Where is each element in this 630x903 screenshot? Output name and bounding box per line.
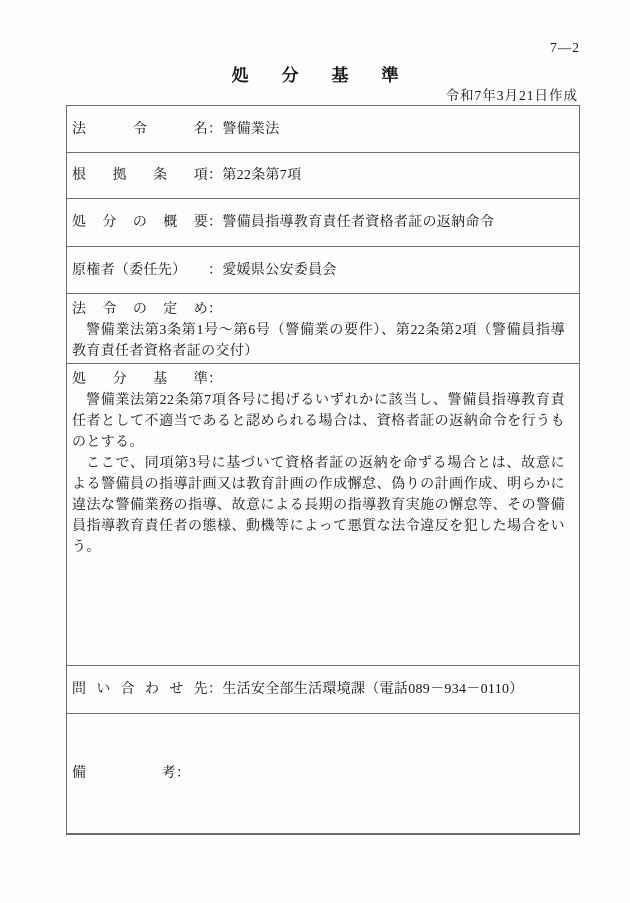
- table-row-legal-basis: 根拠条項：第22条第7項: [67, 153, 579, 199]
- row-heading: 処分基準：: [72, 369, 565, 390]
- label-colon: ：: [208, 119, 222, 140]
- document-page: 7—2 処分基準 令和7年3月21日作成 法令名：警備業法 根拠条項：第22条第…: [0, 0, 630, 903]
- table-row-contact: 問い合わせ先：生活安全部生活環境課（電話089－934－0110）: [67, 666, 579, 714]
- table-row-disposition-criteria: 処分基準： 警備業法第22条第7項各号に掲げるいずれかに該当し、警備員指導教育責…: [67, 364, 579, 666]
- row-paragraph: 警備業法第22条第7項各号に掲げるいずれかに該当し、警備員指導教育責任者として不…: [72, 390, 565, 453]
- page-title: 処分基準: [0, 61, 630, 86]
- row-label: 根拠条項: [72, 165, 208, 186]
- row-label: 問い合わせ先: [72, 679, 208, 700]
- row-label: 備考: [72, 763, 176, 784]
- table-row-authority: 原権者（委任先）：愛媛県公安委員会: [67, 247, 579, 294]
- row-value: 第22条第7項: [222, 165, 301, 186]
- label-colon: ：: [208, 165, 222, 186]
- row-label: 法令の定め: [72, 299, 208, 320]
- table-row-law-name: 法令名：警備業法: [67, 106, 579, 153]
- table-row-remarks: 備考：: [67, 714, 579, 833]
- table-row-disposition-summary: 処分の概要：警備員指導教育責任者資格者証の返納命令: [67, 199, 579, 247]
- row-label: 処分基準: [72, 369, 208, 390]
- row-value: 生活安全部生活環境課（電話089－934－0110）: [222, 679, 523, 700]
- row-label: 原権者（委任先）: [72, 260, 208, 281]
- row-value: 警備員指導教育責任者資格者証の返納命令: [222, 212, 494, 233]
- row-heading: 法令の定め：: [72, 299, 565, 320]
- page-number: 7—2: [550, 40, 580, 56]
- disposition-table: 法令名：警備業法 根拠条項：第22条第7項 処分の概要：警備員指導教育責任者資格…: [66, 105, 580, 835]
- table-row-legal-provisions: 法令の定め： 警備業法第3条第1号～第6号（警備業の要件）、第22条第2項（警備…: [67, 294, 579, 364]
- label-colon: ：: [208, 212, 222, 233]
- label-colon: ：: [208, 372, 222, 387]
- label-colon: ：: [208, 260, 222, 281]
- label-colon: ：: [176, 763, 190, 784]
- row-value: 警備業法: [222, 119, 279, 140]
- label-colon: ：: [208, 302, 222, 317]
- row-label: 法令名: [72, 119, 208, 140]
- row-label: 処分の概要: [72, 212, 208, 233]
- created-date: 令和7年3月21日作成: [446, 84, 579, 104]
- label-colon: ：: [208, 679, 222, 700]
- row-paragraph: ここで、同項第3号に基づいて資格者証の返納を命ずる場合とは、故意による警備員の指…: [72, 453, 565, 558]
- row-value: 愛媛県公安委員会: [222, 260, 336, 281]
- row-paragraph: 警備業法第3条第1号～第6号（警備業の要件）、第22条第2項（警備員指導教育責任…: [72, 320, 565, 362]
